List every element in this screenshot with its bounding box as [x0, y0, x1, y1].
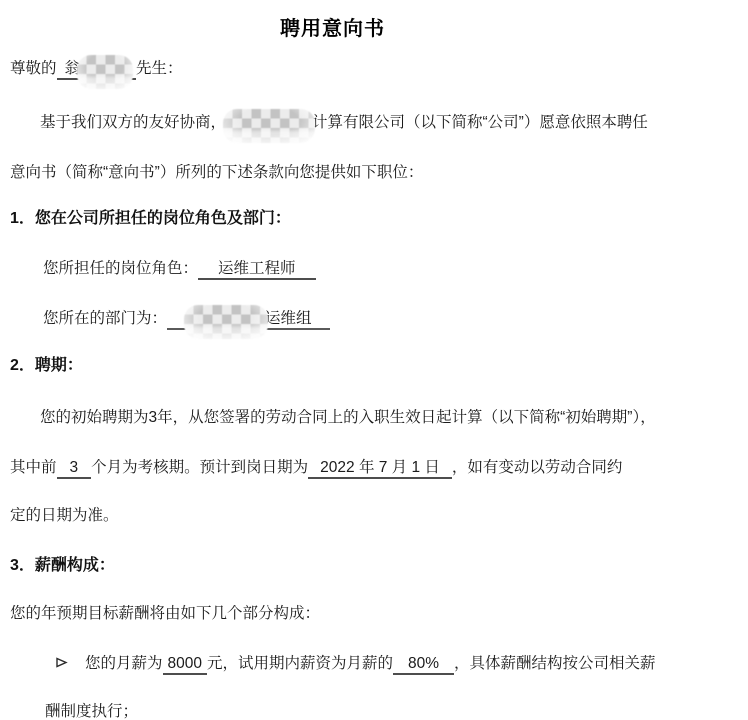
department-value: 运维组 — [265, 310, 312, 327]
document-title: 聘用意向书 — [0, 12, 665, 41]
intro-line-2: 意向书（简称“意向书”）所列的下述条款向您提供如下职位： — [10, 162, 423, 184]
role-value: 运维工程师 — [218, 260, 296, 277]
salary-bullet-continuation-line: 酬制度执行； — [45, 701, 138, 720]
intro-text-before-company: 基于我们双方的友好协商， — [40, 114, 226, 131]
company-redaction-mosaic — [226, 117, 312, 129]
probation-pct-blank: 80% — [393, 654, 454, 675]
term-text-1: 您的初始聘期为3年，从您签署的劳动合同上的入职生效日起计算（以下简称“初始聘期”… — [40, 409, 656, 426]
intro-text-after-company: 计算有限公司（以下简称“公司”）愿意依照本聘任 — [312, 114, 648, 131]
intro-line-1: 基于我们双方的友好协商，计算有限公司（以下简称“公司”）愿意依照本聘任 — [40, 112, 648, 134]
monthly-salary-blank: 8000 — [163, 654, 207, 675]
department-value-blank: 运维组 — [167, 309, 330, 330]
term-text-2c: ，如有变动以劳动合同约 — [452, 459, 623, 476]
term-text-2a: 其中前 — [10, 459, 57, 476]
greeting-line: 尊敬的翁先生： — [10, 58, 183, 80]
salary-text-a: 您的月薪为 — [85, 655, 163, 672]
salary-text-cont: 酬制度执行； — [45, 703, 138, 720]
start-date-value: 2022 年 7 月 1 日 — [320, 459, 440, 476]
compensation-intro-line: 您的年预期目标薪酬将由如下几个部分构成： — [10, 603, 320, 625]
term-line-1: 您的初始聘期为3年，从您签署的劳动合同上的入职生效日起计算（以下简称“初始聘期”… — [40, 407, 656, 429]
recipient-name-blank: 翁 — [57, 59, 137, 80]
salary-text-c: ，具体薪酬结构按公司相关薪 — [454, 655, 656, 672]
section2-heading: 2．聘期： — [10, 355, 83, 377]
term-text-3: 定的日期为准。 — [10, 507, 119, 524]
name-redaction-mosaic — [80, 63, 130, 75]
arrowhead-bullet-icon — [55, 656, 68, 669]
start-date-blank: 2022 年 7 月 1 日 — [308, 458, 452, 479]
department-label: 您所在的部门为： — [43, 310, 167, 327]
role-value-blank: 运维工程师 — [198, 259, 316, 280]
compensation-intro-text: 您的年预期目标薪酬将由如下几个部分构成： — [10, 605, 320, 622]
role-line: 您所担任的岗位角色：运维工程师 — [43, 258, 316, 280]
salary-text-b: 元，试用期内薪资为月薪的 — [207, 655, 393, 672]
probation-months-blank: 3 — [57, 458, 92, 479]
department-line: 您所在的部门为：运维组 — [43, 308, 330, 330]
section3-heading: 3．薪酬构成： — [10, 555, 115, 577]
term-line-3: 定的日期为准。 — [10, 505, 119, 527]
role-label: 您所担任的岗位角色： — [43, 260, 198, 277]
salary-bullet-line: 您的月薪为8000元，试用期内薪资为月薪的80%，具体薪酬结构按公司相关薪 — [55, 653, 656, 675]
monthly-salary-value: 8000 — [168, 655, 202, 672]
probation-pct-value: 80% — [408, 655, 439, 672]
document-page: 聘用意向书 尊敬的翁先生： 基于我们双方的友好协商，计算有限公司（以下简称“公司… — [0, 0, 748, 720]
intro-text-2: 意向书（简称“意向书”）所列的下述条款向您提供如下职位： — [10, 164, 423, 181]
probation-months-value: 3 — [70, 459, 79, 476]
greeting-suffix: 先生： — [136, 60, 183, 77]
term-line-2: 其中前3个月为考核期。预计到岗日期为2022 年 7 月 1 日，如有变动以劳动… — [10, 457, 622, 479]
section1-heading: 1．您在公司所担任的岗位角色及部门： — [10, 208, 291, 230]
greeting-prefix: 尊敬的 — [10, 60, 57, 77]
department-redaction-mosaic — [187, 313, 265, 325]
term-text-2b: 个月为考核期。预计到岗日期为 — [91, 459, 308, 476]
